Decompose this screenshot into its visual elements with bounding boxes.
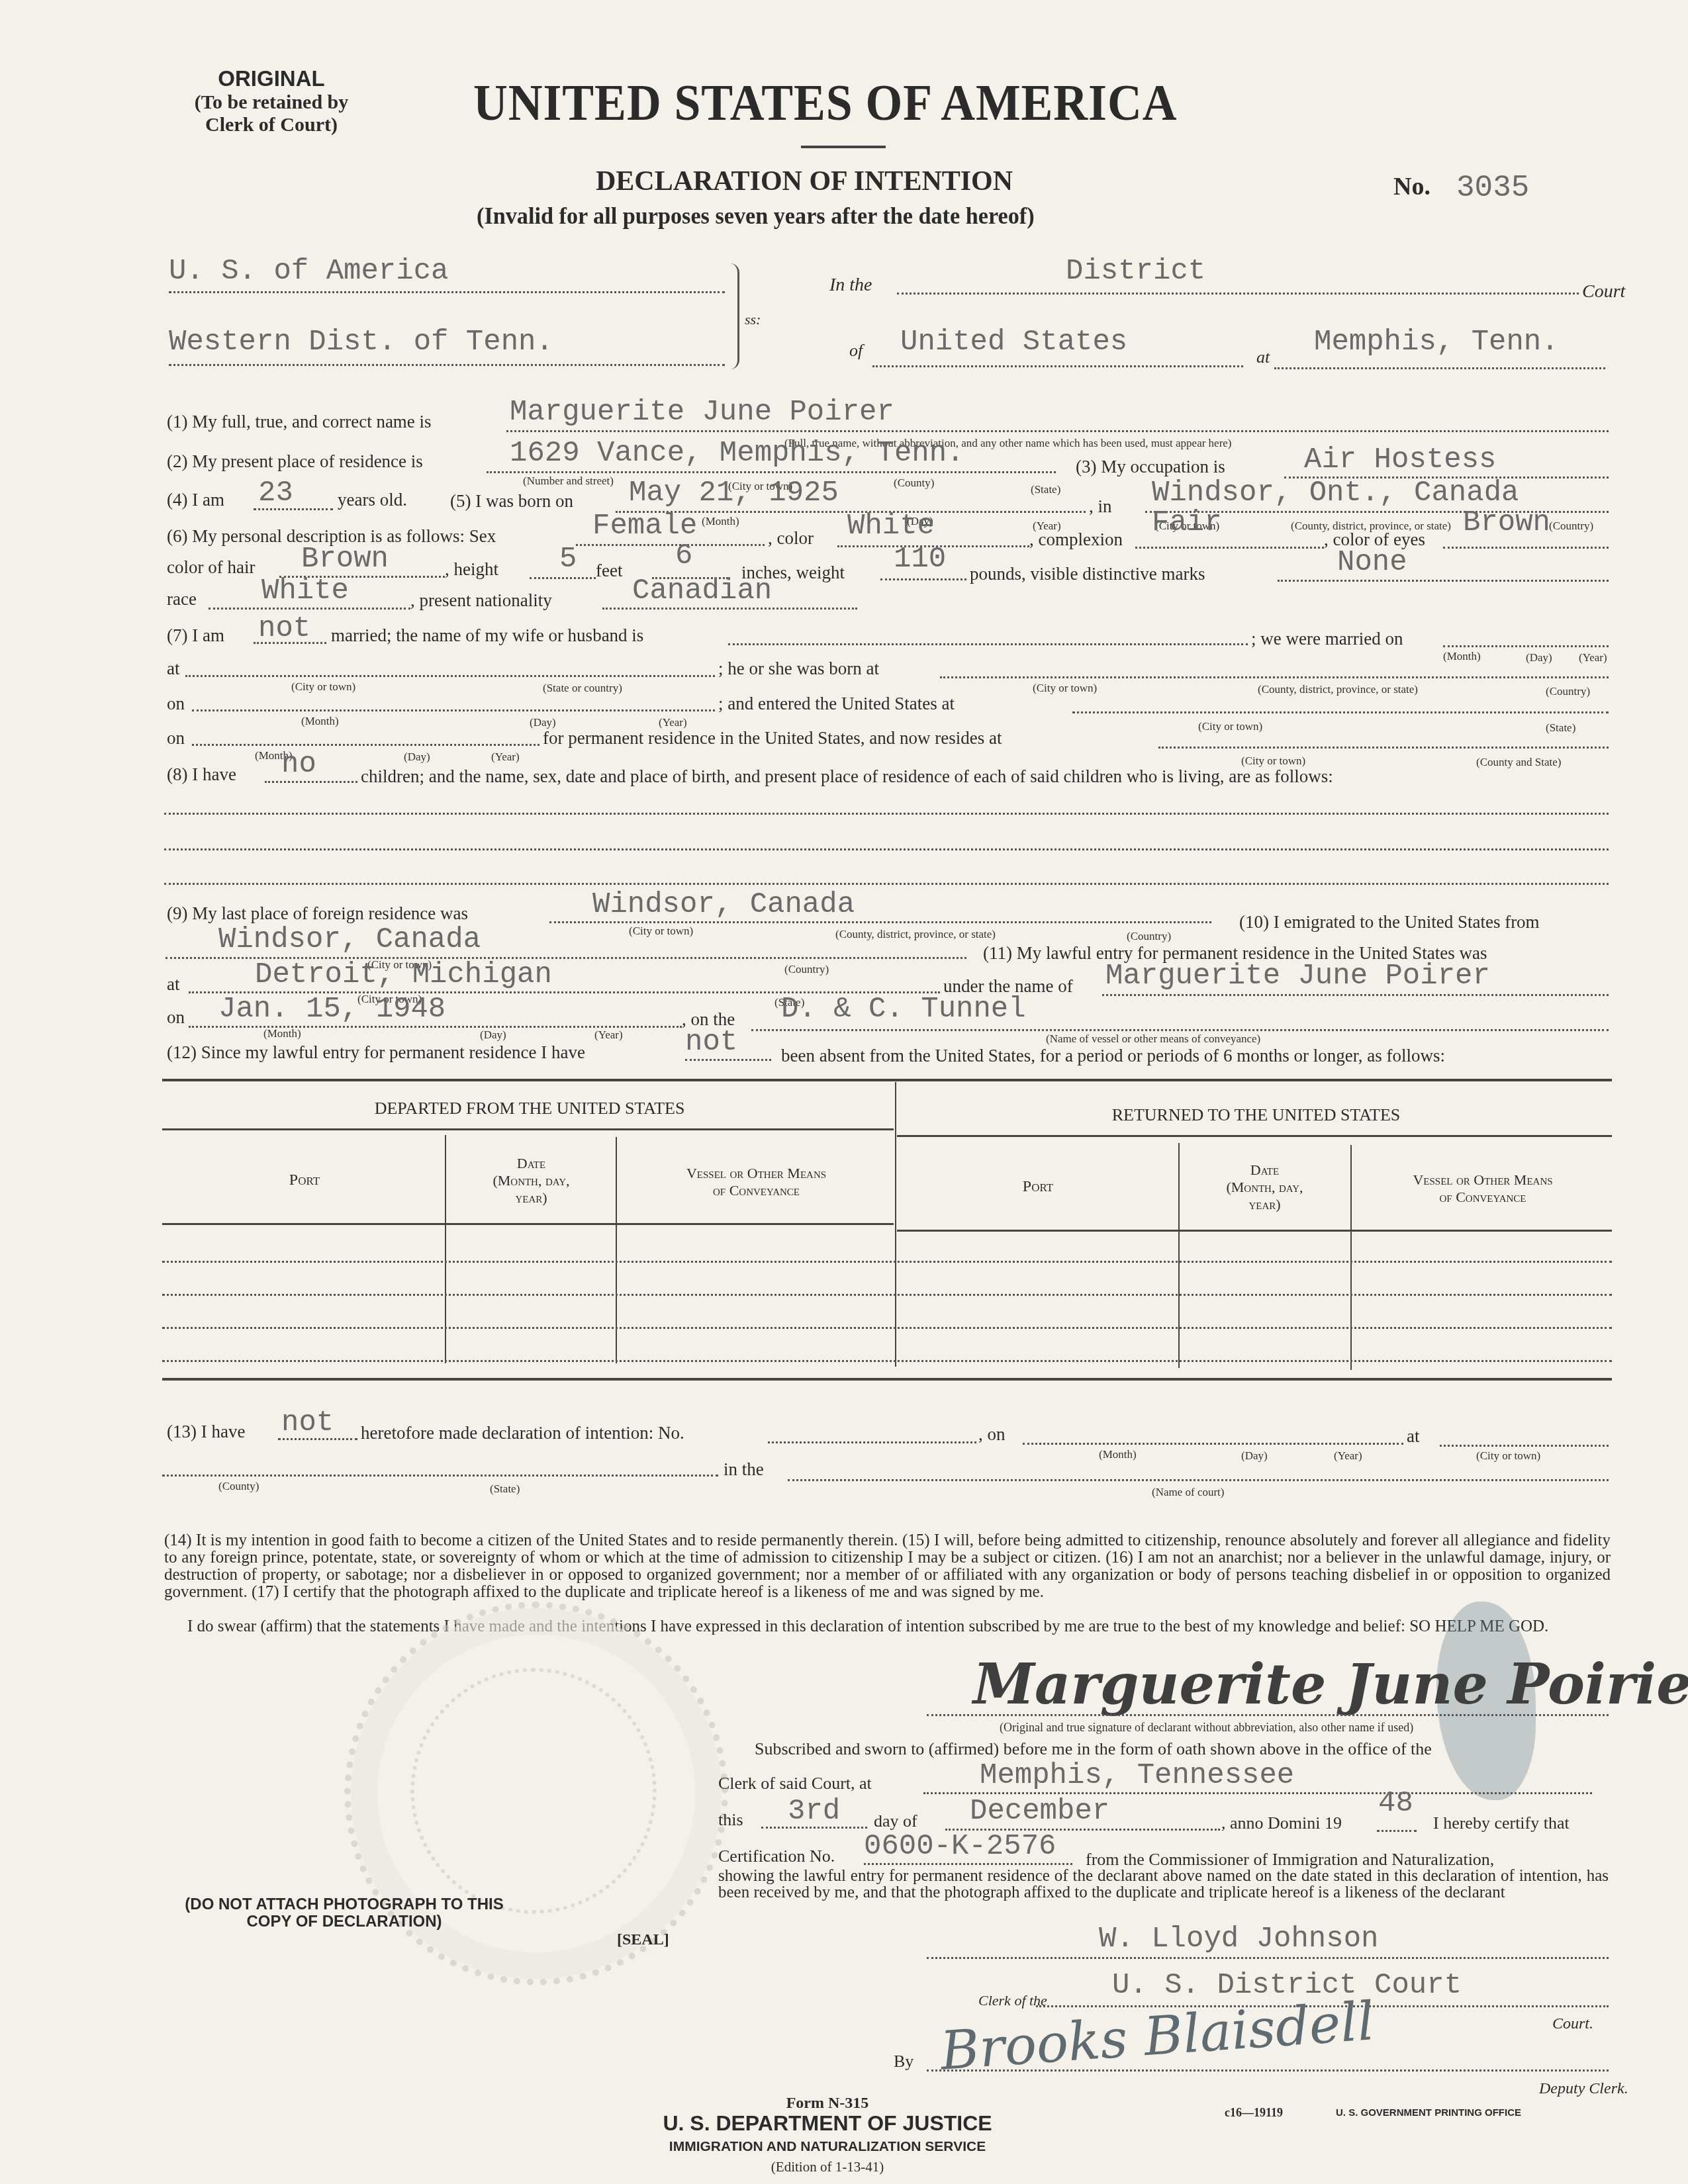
spouse-born-caption-year: (Year) xyxy=(659,716,687,729)
children-line xyxy=(265,781,357,783)
entered-on-caption-day: (Day) xyxy=(404,751,430,764)
height-feet-value: 5 xyxy=(559,543,577,576)
court-at-line xyxy=(1274,367,1605,369)
full-name-line xyxy=(506,430,1609,432)
by-label: By xyxy=(894,2052,914,2071)
sex-line xyxy=(576,544,765,546)
year-value: 48 xyxy=(1378,1787,1413,1820)
returned-col-date-line1: Date xyxy=(1180,1161,1349,1179)
returned-title: RETURNED TO THE UNITED STATES xyxy=(900,1105,1612,1125)
departed-col-date-line1: Date xyxy=(447,1155,616,1172)
weight-line xyxy=(880,578,966,580)
birth-date-value: May 21, 1925 xyxy=(629,477,839,510)
eyes-value: Brown xyxy=(1463,506,1550,539)
color-label: , color xyxy=(768,528,814,549)
departed-header-rule xyxy=(162,1223,894,1225)
q4-label: (4) I am xyxy=(167,490,224,510)
original-block: ORIGINAL (To be retained by Clerk of Cou… xyxy=(132,66,410,136)
children-list-line-1 xyxy=(164,813,1609,815)
returned-col-vessel-line1: Vessel or Other Means xyxy=(1354,1171,1612,1189)
residence-line xyxy=(487,471,1056,473)
complexion-label: , complexion xyxy=(1029,529,1123,550)
entry-date-value: Jan. 15, 1948 xyxy=(218,993,445,1026)
returned-subhead-rule xyxy=(897,1135,1612,1137)
number-label: No. xyxy=(1393,172,1430,201)
birth-place-value: Windsor, Ont., Canada xyxy=(1152,477,1519,510)
spouse-born-caption-day: (Day) xyxy=(530,716,556,729)
complexion-value: Fair xyxy=(1152,506,1222,539)
photo-notice: (DO NOT ATTACH PHOTOGRAPH TO THIS COPY O… xyxy=(159,1896,530,1931)
sworn-text: Subscribed and sworn to (affirmed) befor… xyxy=(755,1739,1432,1759)
seal-label: [SEAL] xyxy=(617,1931,669,1949)
certification-label: Certification No. xyxy=(718,1846,835,1866)
q5-in-label: , in xyxy=(1089,496,1112,517)
entered-caption-city: (City or town) xyxy=(1198,720,1262,733)
foreign-residence-caption-province: (County, district, province, or state) xyxy=(835,928,996,941)
foreign-residence-caption-country: (Country) xyxy=(1127,930,1171,943)
absent-line xyxy=(685,1059,771,1061)
embossed-seal-inner-ring xyxy=(410,1668,657,1914)
prior-declaration-value: not xyxy=(281,1406,334,1439)
clerk-at-line xyxy=(923,1792,1592,1794)
married-status-line xyxy=(254,642,326,644)
married-caption-day: (Day) xyxy=(1526,651,1552,664)
emigrated-from-value: Windsor, Canada xyxy=(218,923,481,956)
anno-domini-label: , anno Domini 19 xyxy=(1221,1813,1342,1833)
clerk-name-line xyxy=(927,1957,1609,1959)
married-at-label: at xyxy=(167,659,180,679)
court-type-value: District xyxy=(1066,255,1205,288)
residence-caption-county: (County) xyxy=(894,477,934,490)
certify-label: I hereby certify that xyxy=(1433,1813,1570,1833)
prior-date-line xyxy=(1023,1443,1403,1445)
resides-at-line xyxy=(1158,747,1609,749)
q13-at-label: at xyxy=(1407,1426,1420,1447)
departed-col-vessel-line2: of Conveyance xyxy=(619,1182,894,1199)
clerk-at-label: Clerk of said Court, at xyxy=(718,1774,872,1794)
weight-value: 110 xyxy=(894,543,946,576)
prior-declaration-line xyxy=(278,1438,357,1440)
entered-on-caption-year: (Year) xyxy=(491,751,520,764)
this-label: this xyxy=(718,1810,743,1830)
venue-state-value: U. S. of America xyxy=(169,255,448,288)
returned-col-date: Date (Month, day, year) xyxy=(1180,1161,1349,1213)
entered-caption-state: (State) xyxy=(1546,721,1575,735)
foreign-residence-value: Windsor, Canada xyxy=(592,888,855,921)
deputy-line xyxy=(927,2070,1609,2071)
residence-caption-state: (State) xyxy=(1031,483,1060,496)
marks-value: None xyxy=(1337,546,1407,579)
birth-caption-month: (Month) xyxy=(702,515,739,528)
hair-label: color of hair xyxy=(167,557,255,578)
returned-col-vessel: Vessel or Other Means of Conveyance xyxy=(1354,1171,1612,1206)
foreign-residence-line xyxy=(549,921,1211,923)
departed-col-port: Port xyxy=(165,1171,444,1189)
q10-label: (10) I emigrated to the United States fr… xyxy=(1239,912,1540,933)
venue-district-line xyxy=(169,364,725,366)
court-type-line xyxy=(897,293,1579,295)
spouse-born-caption-city: (City or town) xyxy=(1033,682,1097,695)
of-label: of xyxy=(849,341,863,361)
venue-state-line xyxy=(169,291,725,293)
eyes-line xyxy=(1443,547,1609,549)
feet-label: feet xyxy=(596,561,622,581)
pounds-label: pounds, visible distinctive marks xyxy=(970,564,1205,584)
form-subtitle: DECLARATION OF INTENTION xyxy=(596,165,1013,197)
resides-caption-county-state: (County and State) xyxy=(1476,756,1561,769)
vessel-line xyxy=(751,1029,1609,1031)
prior-court-line xyxy=(788,1479,1609,1481)
emigrated-caption-country: (Country) xyxy=(784,963,829,976)
venue-district-value: Western Dist. of Tenn. xyxy=(169,326,553,359)
declarant-signature: Marguerite June Poirier xyxy=(973,1651,1688,1717)
entry-at-label: at xyxy=(167,974,180,995)
entered-at-line xyxy=(1072,711,1609,713)
children-list-line-3 xyxy=(164,883,1609,885)
prior-caption-court: (Name of court) xyxy=(1152,1486,1225,1499)
returned-header-rule xyxy=(897,1230,1612,1232)
month-value: December xyxy=(970,1795,1109,1828)
height-label: , height xyxy=(445,559,498,580)
at-label: at xyxy=(1256,347,1270,367)
table-top-rule xyxy=(162,1079,1612,1081)
q5-label: (5) I was born on xyxy=(450,491,573,512)
departed-col-divider-2 xyxy=(616,1137,617,1363)
print-code: c16—19119 xyxy=(1225,2106,1283,2120)
departed-col-vessel-line1: Vessel or Other Means xyxy=(619,1165,894,1182)
page-title: UNITED STATES OF AMERICA xyxy=(473,73,1177,132)
q1-label: (1) My full, true, and correct name is xyxy=(167,412,432,432)
prior-caption-county: (County) xyxy=(218,1480,259,1493)
original-label: ORIGINAL xyxy=(132,66,410,91)
departed-subhead-rule xyxy=(162,1128,894,1130)
spouse-born-caption-country: (Country) xyxy=(1546,685,1590,698)
departed-col-date-line3: year) xyxy=(447,1189,616,1206)
height-inches-value: 6 xyxy=(675,539,692,572)
retained-note-line1: (To be retained by xyxy=(132,91,410,114)
born-at-label: ; he or she was born at xyxy=(718,659,879,679)
deputy-clerk-label: Deputy Clerk. xyxy=(1539,2080,1628,2098)
declaration-number: 3035 xyxy=(1456,171,1529,205)
race-value: White xyxy=(261,574,349,608)
returned-col-date-line3: year) xyxy=(1180,1196,1349,1213)
resides-caption-city: (City or town) xyxy=(1241,754,1305,768)
q13-label: (13) I have xyxy=(167,1422,245,1442)
hair-value: Brown xyxy=(301,543,389,576)
spouse-name-line xyxy=(728,643,1248,645)
sex-value: Female xyxy=(592,510,697,543)
table-bottom-rule xyxy=(162,1378,1612,1381)
clerk-at-value: Memphis, Tennessee xyxy=(980,1759,1294,1792)
spouse-born-at-line xyxy=(940,676,1609,678)
entry-date-caption-day: (Day) xyxy=(480,1028,506,1042)
returned-col-port: Port xyxy=(899,1178,1177,1196)
married-at-line xyxy=(185,675,715,677)
q4-suffix: years old. xyxy=(338,490,407,510)
children-list-line-2 xyxy=(164,848,1609,850)
prior-caption-year: (Year) xyxy=(1334,1449,1362,1463)
returned-col-divider-2 xyxy=(1350,1145,1352,1370)
certification-number-line xyxy=(864,1863,1072,1865)
residence-caption-street: (Number and street) xyxy=(523,475,614,488)
court-label: Court xyxy=(1582,281,1625,302)
complexion-line xyxy=(1135,547,1324,549)
q13-on-label: , on xyxy=(978,1424,1006,1445)
retained-note-line2: Clerk of Court) xyxy=(132,114,410,136)
table-row xyxy=(162,1294,1612,1296)
day-line xyxy=(761,1827,867,1829)
age-line xyxy=(254,508,333,510)
entered-label: ; and entered the United States at xyxy=(718,694,955,714)
clerk-name-value: W. Lloyd Johnson xyxy=(1099,1923,1378,1956)
foreign-residence-caption-city: (City or town) xyxy=(629,925,693,938)
entry-date-caption-month: (Month) xyxy=(263,1027,301,1040)
race-line xyxy=(209,608,410,610)
court-suffix-label: Court. xyxy=(1552,2015,1593,2033)
prior-city-line xyxy=(1440,1445,1609,1447)
married-caption-month: (Month) xyxy=(1443,650,1481,663)
q13-in-the-label: in the xyxy=(724,1459,764,1480)
resides-label: for permanent residence in the United St… xyxy=(543,728,1002,749)
validity-note: (Invalid for all purposes seven years af… xyxy=(477,202,1035,230)
color-value: White xyxy=(847,510,935,543)
absent-value: not xyxy=(685,1026,737,1059)
q8-label: (8) I have xyxy=(167,764,236,785)
on-label-1: on xyxy=(167,694,185,714)
title-rule xyxy=(801,146,886,148)
departed-col-date-line2: (Month, day, xyxy=(447,1172,616,1189)
departed-col-vessel: Vessel or Other Means of Conveyance xyxy=(619,1165,894,1199)
birth-caption-country: (Country) xyxy=(1549,520,1593,533)
certification-text-2: showing the lawful entry for permanent r… xyxy=(718,1868,1609,1901)
race-label: race xyxy=(167,589,197,610)
entry-date-line xyxy=(189,1026,682,1028)
court-at-value: Memphis, Tenn. xyxy=(1314,326,1559,359)
q12-label: (12) Since my lawful entry for permanent… xyxy=(167,1042,585,1063)
marks-line xyxy=(1278,580,1609,582)
married-on-line xyxy=(1443,645,1609,647)
table-row xyxy=(162,1360,1612,1362)
spouse-born-caption-province: (County, district, province, or state) xyxy=(1258,683,1418,696)
entry-date-caption-year: (Year) xyxy=(594,1028,623,1042)
q7-label: (7) I am xyxy=(167,625,224,646)
departed-col-divider-1 xyxy=(445,1135,446,1363)
nationality-value: Canadian xyxy=(632,574,772,608)
certification-number-value: 0600-K-2576 xyxy=(864,1830,1056,1863)
signature-caption: (Original and true signature of declaran… xyxy=(1000,1721,1413,1735)
day-of-label: day of xyxy=(874,1811,917,1831)
venue-brace xyxy=(728,263,739,369)
signature-line xyxy=(927,1714,1609,1716)
prior-number-line xyxy=(768,1441,976,1443)
prior-caption-month: (Month) xyxy=(1099,1448,1137,1461)
departed-col-date: Date (Month, day, year) xyxy=(447,1155,616,1206)
prior-caption-day: (Day) xyxy=(1241,1449,1268,1463)
entry-on-label: on xyxy=(167,1007,185,1028)
vessel-caption: (Name of vessel or other means of convey… xyxy=(1046,1032,1260,1046)
q13-text: heretofore made declaration of intention… xyxy=(361,1423,684,1443)
entry-place-value: Detroit, Michigan xyxy=(255,958,552,991)
children-value: no xyxy=(281,748,316,781)
spouse-born-caption-month: (Month) xyxy=(301,715,339,728)
prior-county-state-line xyxy=(162,1475,718,1477)
q7-text: married; the name of my wife or husband … xyxy=(331,625,643,646)
on-label-2: on xyxy=(167,728,185,749)
day-value: 3rd xyxy=(788,1795,840,1828)
form-number: Form N-315 xyxy=(596,2095,1059,2113)
married-at-caption-city: (City or town) xyxy=(291,680,355,694)
q2-label: (2) My present place of residence is xyxy=(167,451,423,472)
oath-paragraph: (14) It is my intention in good faith to… xyxy=(164,1532,1611,1601)
entry-name-line xyxy=(1102,994,1609,996)
photo-notice-line1: (DO NOT ATTACH PHOTOGRAPH TO THIS xyxy=(159,1896,530,1913)
married-caption-year: (Year) xyxy=(1579,651,1607,664)
in-the-label: In the xyxy=(829,275,872,296)
q12-text: been absent from the United States, for … xyxy=(781,1046,1445,1066)
entered-on-line xyxy=(192,744,539,746)
table-row xyxy=(162,1261,1612,1263)
prior-caption-city: (City or town) xyxy=(1476,1449,1540,1463)
residence-value: 1629 Vance, Memphis, Tenn. xyxy=(510,437,964,470)
ss-label: ss: xyxy=(745,311,761,328)
age-value: 23 xyxy=(258,477,293,510)
returned-col-date-line2: (Month, day, xyxy=(1180,1179,1349,1196)
married-at-caption-state: (State or country) xyxy=(543,682,622,695)
year-line xyxy=(1377,1830,1417,1832)
photo-notice-line2: COPY OF DECLARATION) xyxy=(159,1913,530,1931)
married-status-value: not xyxy=(258,612,310,645)
nationality-line xyxy=(602,608,857,610)
returned-col-divider-1 xyxy=(1178,1143,1180,1368)
q3-label: (3) My occupation is xyxy=(1076,457,1225,477)
court-of-line xyxy=(872,365,1243,367)
married-on-label: ; we were married on xyxy=(1251,629,1403,649)
nationality-label: , present nationality xyxy=(410,590,552,611)
edition-note: (Edition of 1-13-41) xyxy=(596,2159,1059,2175)
q8-text: children; and the name, sex, date and pl… xyxy=(361,766,1333,787)
entry-name-value: Marguerite June Poirer xyxy=(1105,960,1490,993)
service-name: IMMIGRATION AND NATURALIZATION SERVICE xyxy=(596,2139,1059,2155)
full-name-value: Marguerite June Poirer xyxy=(510,396,894,429)
prior-caption-state: (State) xyxy=(490,1482,520,1496)
departed-title: DEPARTED FROM THE UNITED STATES xyxy=(165,1099,894,1118)
returned-col-vessel-line2: of Conveyance xyxy=(1354,1189,1612,1206)
oath-swear: I do swear (affirm) that the statements … xyxy=(164,1618,1611,1635)
department-name: U. S. DEPARTMENT OF JUSTICE xyxy=(596,2111,1059,2136)
table-row xyxy=(162,1327,1612,1329)
vessel-value: D. & C. Tunnel xyxy=(781,993,1026,1026)
table-center-divider xyxy=(895,1082,896,1367)
court-of-value: United States xyxy=(900,326,1127,359)
occupation-value: Air Hostess xyxy=(1304,443,1496,477)
height-feet-line xyxy=(530,577,596,579)
q9-label: (9) My last place of foreign residence w… xyxy=(167,903,468,924)
spouse-born-on-line xyxy=(192,709,715,711)
printer-name: U. S. GOVERNMENT PRINTING OFFICE xyxy=(1336,2107,1521,2118)
